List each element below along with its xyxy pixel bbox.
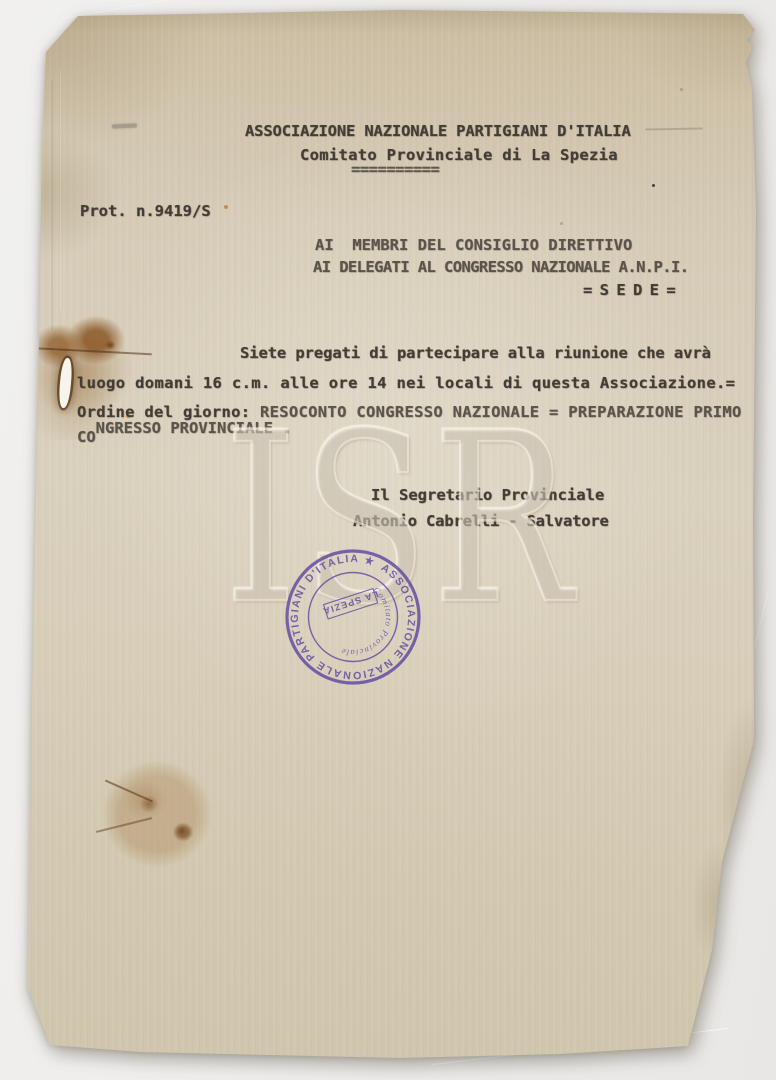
svg-text:ASSOCIAZIONE NAZIONALE PARTIGI: ASSOCIAZIONE NAZIONALE PARTIGIANI D'ITAL… — [283, 547, 423, 687]
dropped-letters: CO — [77, 428, 96, 446]
body-line-4: CONGRESSO PROVINCIALE . — [77, 419, 292, 437]
signature-title: Il Segretario Provinciale — [371, 486, 604, 504]
sede-line: = S E D E = — [583, 281, 675, 299]
org-name-line: ASSOCIAZIONE NAZIONALE PARTIGIANI D'ITAL… — [245, 122, 631, 140]
signature-name: Antonio Cabrelli - Salvatore — [353, 512, 609, 530]
committee-line: Comitato Provinciale di La Spezia — [300, 146, 618, 164]
body-line-2: luogo domani 16 c.m. alle ore 14 nei loc… — [77, 374, 735, 392]
recipient-line-2: AI DELEGATI AL CONGRESSO NAZIONALE A.N.P… — [313, 258, 688, 276]
paper-sheet: ASSOCIAZIONE NAZIONALE PARTIGIANI D'ITAL… — [0, 0, 776, 1080]
anpi-rubber-stamp: ASSOCIAZIONE NAZIONALE PARTIGIANI D'ITAL… — [283, 547, 423, 687]
stamp-outer-ring — [283, 547, 423, 687]
body-line-4-rest: NGRESSO PROVINCIALE . — [96, 419, 292, 437]
typewritten-text-layer: ASSOCIAZIONE NAZIONALE PARTIGIANI D'ITAL… — [0, 0, 776, 1080]
body-line-1: Siete pregati di partecipare alla riunio… — [240, 344, 711, 362]
agenda-value: RESOCONTO CONGRESSO NAZIONALE = PREPARAZ… — [260, 403, 742, 421]
stamp-ring-text: ASSOCIAZIONE NAZIONALE PARTIGIANI D'ITAL… — [283, 547, 423, 687]
header-underline: ========== — [351, 160, 439, 178]
protocol-number: Prot. n.9419/S — [80, 202, 211, 220]
recipient-line-1: AI MEMBRI DEL CONSIGLIO DIRETTIVO — [315, 236, 632, 254]
scanned-letter-paper: ASSOCIAZIONE NAZIONALE PARTIGIANI D'ITAL… — [0, 0, 776, 1080]
